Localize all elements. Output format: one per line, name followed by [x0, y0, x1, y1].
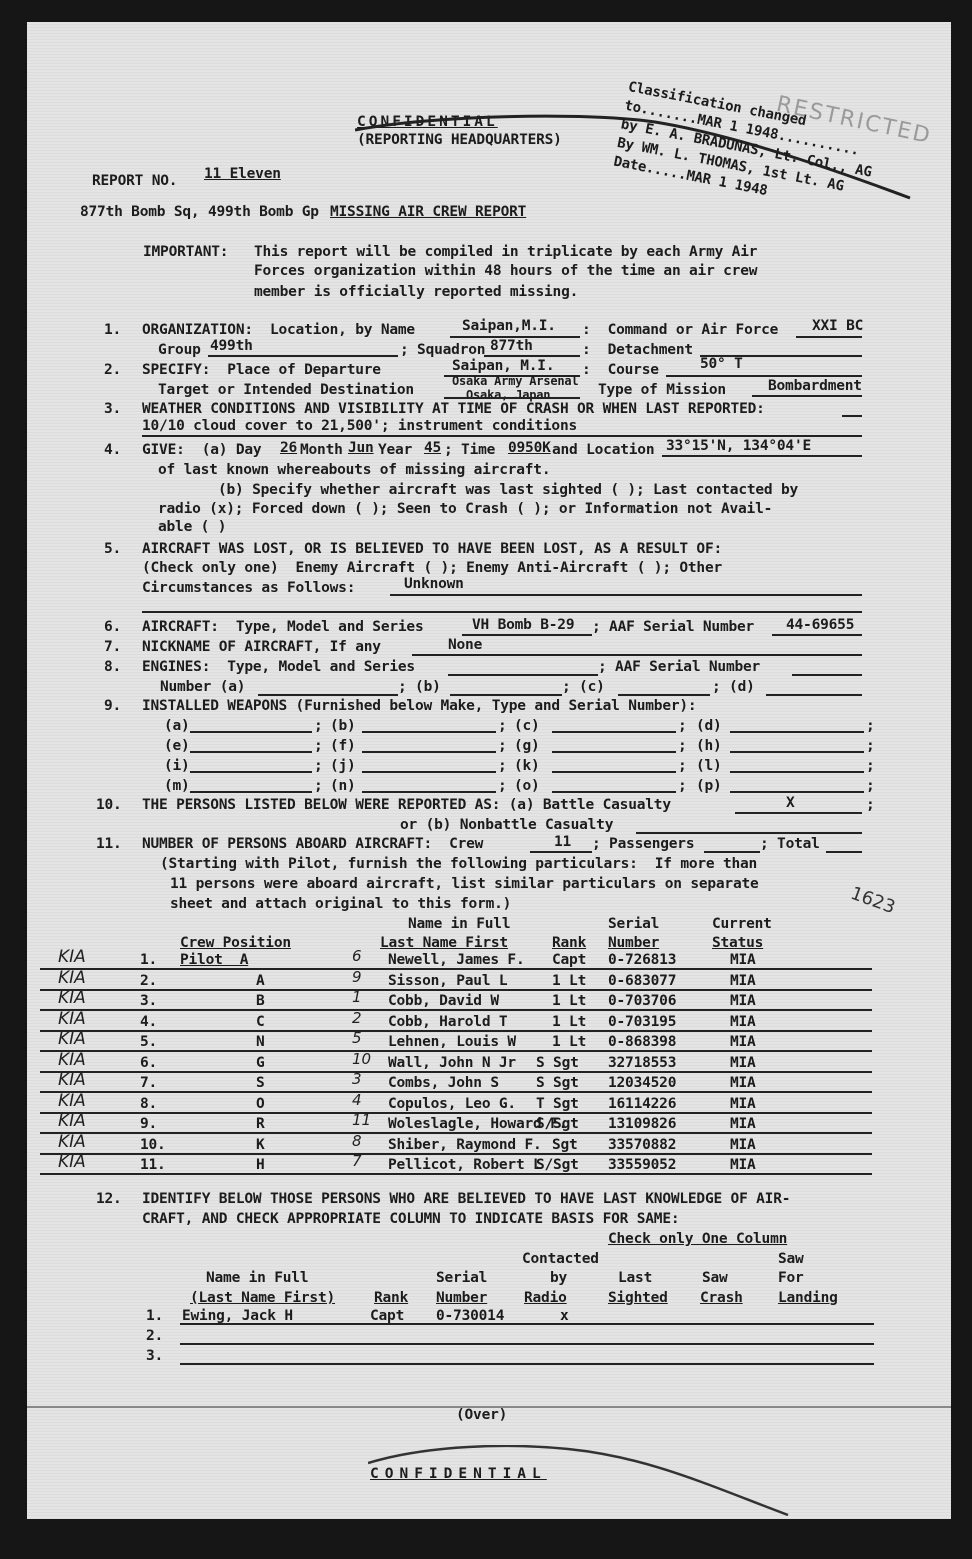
crew-serial: 16114226 [608, 1095, 676, 1113]
col-serial: Number [608, 934, 659, 952]
handwritten-order-number: 9 [352, 968, 362, 986]
crew-serial: 33570882 [608, 1136, 676, 1154]
crew-rank: 1 Lt [552, 992, 586, 1010]
handwritten-order-number: 1 [352, 988, 362, 1006]
kia-margin-note: KIA [58, 1132, 86, 1152]
handwritten-order-number: 4 [352, 1091, 362, 1109]
handwritten-order-number: 3 [352, 1070, 362, 1088]
battle-casualty-field: X [786, 794, 795, 812]
kia-margin-note: KIA [58, 988, 86, 1008]
crew-name: Combs, John S [388, 1074, 499, 1092]
year-field: 45 [424, 439, 441, 457]
weapon-slot-label: (f) [330, 737, 356, 755]
crew-rank: T Sgt [536, 1095, 579, 1113]
crew-name: Shiber, Raymond F. [388, 1136, 542, 1154]
crew-rank: S Sgt [536, 1074, 579, 1092]
crew-serial: 13109826 [608, 1115, 676, 1133]
weapon-slot-label: (j) [330, 757, 356, 775]
time-field: 0950K [508, 439, 551, 457]
knowledge-row-number: 3. [146, 1347, 163, 1365]
weapon-slot-label: (d) [696, 717, 722, 735]
weapon-slot-label: (m) [164, 777, 190, 795]
over-note: (Over) [456, 1406, 507, 1424]
col-rank: Rank [552, 934, 586, 952]
crew-position: H [256, 1156, 265, 1174]
nickname-field: None [448, 636, 482, 654]
month-field: Jun [348, 439, 374, 457]
crew-name: Wall, John N Jr [388, 1054, 516, 1072]
crew-rank: S Sgt [536, 1054, 579, 1072]
weapon-slot-label: (o) [514, 777, 540, 795]
weapon-slot-label: (e) [164, 737, 190, 755]
location-coords: 33°15'N, 134°04'E [666, 437, 811, 455]
crew-rank: 1 Lt [552, 972, 586, 990]
weapon-slot-label: (l) [696, 757, 722, 775]
crew-position: A [256, 972, 265, 990]
crew-rank: Sgt [552, 1136, 578, 1154]
col-crew-position: Crew Position [180, 934, 291, 952]
crew-position: S [256, 1074, 265, 1092]
crew-serial: 12034520 [608, 1074, 676, 1092]
report-no-value: 11 Eleven [204, 165, 281, 183]
crew-row-number: 5. [140, 1033, 157, 1051]
circumstances-field: Unknown [404, 575, 464, 593]
location-field: Saipan,M.I. [462, 317, 556, 335]
weapon-slot-label: (i) [164, 757, 190, 775]
crew-status: MIA [730, 1115, 756, 1133]
crew-position: N [256, 1033, 265, 1051]
crew-position: Pilot A [180, 951, 248, 969]
crew-name: Copulos, Leo G. [388, 1095, 516, 1113]
aircraft-serial-field: 44-69655 [786, 616, 854, 634]
crew-row-number: 2. [140, 972, 157, 990]
handwritten-order-number: 8 [352, 1132, 362, 1150]
crew-row-number: 8. [140, 1095, 157, 1113]
aircraft-type-field: VH Bomb B-29 [472, 616, 574, 634]
crew-serial: 33559052 [608, 1156, 676, 1174]
crew-status: MIA [730, 992, 756, 1010]
crew-status: MIA [730, 951, 756, 969]
form-title: MISSING AIR CREW REPORT [330, 203, 526, 221]
course-field: 50° T [700, 355, 743, 373]
weapon-slot-label: (a) [164, 717, 190, 735]
check-only-one-note: Check only One Column [608, 1230, 787, 1248]
day-field: 26 [280, 439, 297, 457]
crew-position: B [256, 992, 265, 1010]
crew-name: Lehnen, Louis W [388, 1033, 516, 1051]
crew-row-number: 1. [140, 951, 157, 969]
kia-margin-note: KIA [58, 947, 86, 967]
unit-line: 877th Bomb Sq, 499th Bomb Gp [80, 203, 319, 221]
kia-margin-note: KIA [58, 1070, 86, 1090]
weapon-slot-label: (n) [330, 777, 356, 795]
crew-rank: S/Sgt [536, 1115, 579, 1133]
footer-classification: CONFIDENTIAL [370, 1465, 547, 1483]
crew-status: MIA [730, 1033, 756, 1051]
knowledge-row-number: 1. [146, 1307, 163, 1325]
crew-name: Newell, James F. [388, 951, 524, 969]
crew-name: Pellicot, Robert L [388, 1156, 542, 1174]
crew-name: Cobb, Harold T [388, 1013, 507, 1031]
kia-margin-note: KIA [58, 1091, 86, 1111]
kia-margin-note: KIA [58, 968, 86, 988]
reporting-hq: (REPORTING HEADQUARTERS) [357, 131, 562, 149]
crew-name: Cobb, David W [388, 992, 499, 1010]
kia-margin-note: KIA [58, 1029, 86, 1049]
kia-margin-note: KIA [58, 1152, 86, 1172]
crew-serial: 0-683077 [608, 972, 676, 990]
crew-row-number: 11. [140, 1156, 166, 1174]
handwritten-order-number: 10 [352, 1050, 371, 1068]
kia-margin-note: KIA [58, 1111, 86, 1131]
crew-status: MIA [730, 1013, 756, 1031]
crew-count-field: 11 [554, 833, 571, 851]
crew-status: MIA [730, 972, 756, 990]
weapon-slot-label: (b) [330, 717, 356, 735]
kia-margin-note: KIA [58, 1009, 86, 1029]
crew-row-number: 4. [140, 1013, 157, 1031]
weapon-slot-label: (h) [696, 737, 722, 755]
weapon-slot-label: (c) [514, 717, 540, 735]
crew-row-number: 7. [140, 1074, 157, 1092]
handwritten-order-number: 6 [352, 947, 362, 965]
crew-rank: 1 Lt [552, 1033, 586, 1051]
crew-status: MIA [730, 1054, 756, 1072]
crew-serial: 0-703195 [608, 1013, 676, 1031]
knowledge-row-number: 2. [146, 1327, 163, 1345]
crew-row-number: 6. [140, 1054, 157, 1072]
handwritten-order-number: 5 [352, 1029, 362, 1047]
crew-serial: 0-726813 [608, 951, 676, 969]
col-status: Status [712, 934, 763, 952]
crew-position: C [256, 1013, 265, 1031]
crew-status: MIA [730, 1074, 756, 1092]
crew-position: K [256, 1136, 265, 1154]
crew-status: MIA [730, 1156, 756, 1174]
col-name: Last Name First [380, 934, 508, 952]
command-field: XXI BC [812, 317, 863, 335]
handwritten-order-number: 11 [352, 1111, 371, 1129]
crew-serial: 0-703706 [608, 992, 676, 1010]
weapon-slot-label: (p) [696, 777, 722, 795]
crew-serial: 32718553 [608, 1054, 676, 1072]
footer-strike-mark [368, 1445, 808, 1525]
crew-rank: S/Sgt [536, 1156, 579, 1174]
mission-field: Bombardment [768, 377, 862, 395]
crew-position: G [256, 1054, 265, 1072]
weapon-slot-label: (g) [514, 737, 540, 755]
crew-name: Sisson, Paul L [388, 972, 507, 990]
crew-rank: Capt [552, 951, 586, 969]
kia-margin-note: KIA [58, 1050, 86, 1070]
crew-serial: 0-868398 [608, 1033, 676, 1051]
handwritten-order-number: 7 [352, 1152, 362, 1170]
crew-position: R [256, 1115, 265, 1133]
weather-field: 10/10 cloud cover to 21,500'; instrument… [142, 417, 577, 435]
group-field: 499th [210, 337, 253, 355]
crew-row-number: 3. [140, 992, 157, 1010]
handwritten-order-number: 2 [352, 1009, 362, 1027]
squadron-field: 877th [490, 337, 533, 355]
crew-rank: 1 Lt [552, 1013, 586, 1031]
crew-status: MIA [730, 1095, 756, 1113]
important-label: IMPORTANT: [143, 243, 228, 261]
report-no-label: REPORT NO. [92, 172, 177, 190]
crew-row-number: 10. [140, 1136, 166, 1154]
crew-status: MIA [730, 1136, 756, 1154]
weapon-slot-label: (k) [514, 757, 540, 775]
crew-row-number: 9. [140, 1115, 157, 1133]
crew-position: O [256, 1095, 265, 1113]
